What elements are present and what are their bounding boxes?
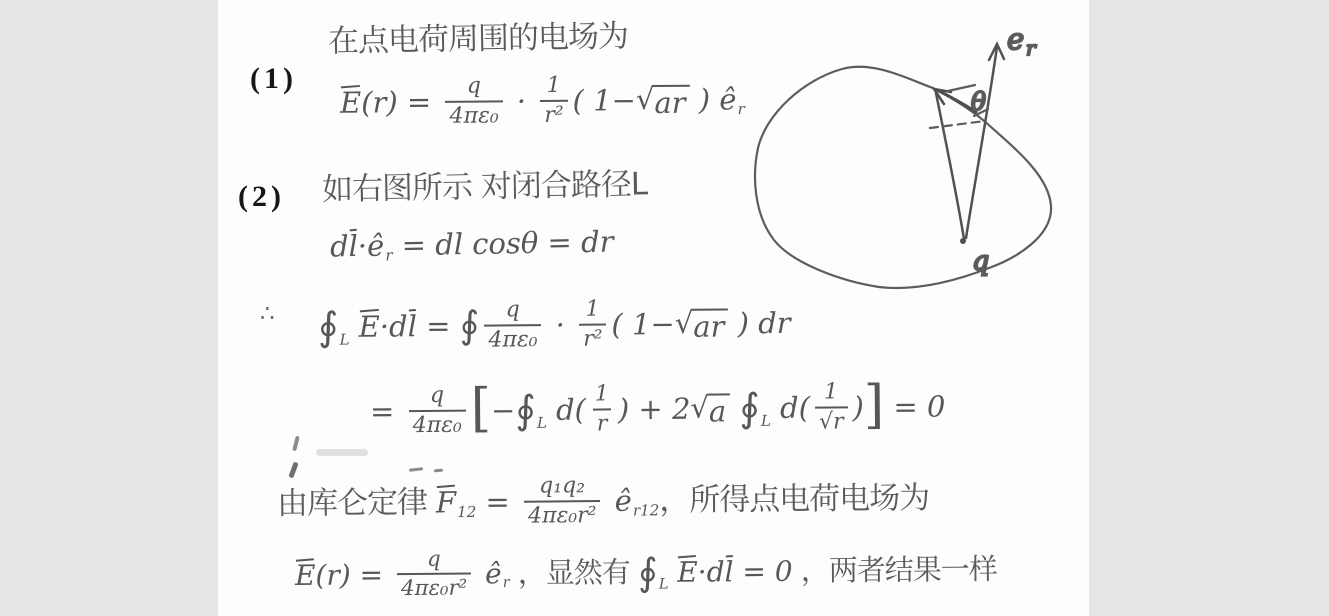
closed-loop-diagram: θ q e r (740, 15, 1080, 310)
fraction: q4πε₀ (445, 74, 503, 129)
subscript: r (385, 247, 393, 264)
math-text: (1) (250, 62, 297, 96)
math-text: ·d (698, 556, 725, 588)
fraction: 1r² (540, 74, 568, 129)
denominator: 4πε₀r² (397, 573, 471, 601)
numerator: 1 (591, 382, 613, 408)
fraction: 1r (591, 382, 614, 437)
math-text: ∴ (260, 302, 278, 328)
denominator: r² (579, 324, 607, 352)
math-text: d( (547, 394, 586, 427)
path-heading: 如右图所示 对闭合路径L (322, 167, 648, 207)
fraction: q4πε₀ (484, 298, 542, 353)
math-text: l (407, 310, 417, 343)
math-text: − (491, 394, 516, 427)
subscript: 12 (457, 504, 476, 521)
coulomb-law-line: 由库仑定律 F12 = q₁q₂4πε₀r² êr12，所得点电荷电场为 (277, 471, 930, 531)
eq-loop-integral: ∮L E·dl = ∮q4πε₀ · 1r²( 1−√ar ) dr (318, 296, 791, 355)
fraction: 1√r (815, 380, 848, 435)
math-text: l (724, 556, 733, 587)
subscript: L (339, 332, 349, 349)
loop-path (755, 67, 1051, 288)
base-symbol: ∮ (318, 308, 339, 347)
denominator: r (593, 409, 612, 437)
charge-dot (960, 238, 966, 244)
denominator: r² (540, 100, 568, 128)
eq-integral-expansion: = q4πε₀[−∮L d(1r) + 2√a ∮L d(1√r)] = 0 (370, 379, 946, 439)
denominator: √r (815, 407, 848, 436)
fraction: 1r² (579, 298, 607, 353)
math-text: (r) = (315, 559, 392, 591)
eraser-smear (316, 449, 368, 456)
base-symbol: F (436, 486, 456, 519)
numerator: q (426, 384, 448, 410)
numerator: q (463, 75, 485, 101)
math-text: · (507, 85, 535, 118)
subscript: L (659, 577, 669, 593)
therefore-symbol: ∴ (260, 302, 278, 328)
handwritten-notes-photo: (1)在点电荷周围的电场为E(r) = q4πε₀ · 1r²( 1−√ar )… (0, 0, 1329, 616)
subscript-group: F12 (436, 486, 477, 519)
math-text (605, 485, 615, 518)
math-text: E (340, 87, 361, 120)
subscript-group: ∮L (318, 307, 350, 346)
charge-label: q (972, 246, 989, 277)
math-text: E (295, 560, 316, 592)
chinese-text: 两者结果一样 (829, 553, 997, 587)
math-text: = dl cosθ = dr (392, 226, 614, 262)
numerator: q (423, 548, 445, 574)
math-text (349, 311, 359, 344)
subscript-group: ∮L (638, 553, 669, 591)
math-text: E (359, 311, 380, 344)
denominator: 4πε₀r² (524, 500, 601, 529)
base-symbol: ê (719, 83, 736, 116)
numerator: 1 (582, 298, 604, 324)
math-text: ) + 2 (618, 393, 691, 426)
base-symbol: ê (615, 485, 632, 518)
math-text: (r) = (361, 86, 441, 119)
math-text: [ (470, 385, 491, 432)
radicand: ar (652, 85, 689, 120)
sqrt-expression: √ar (675, 306, 729, 341)
numerator: q₁q₂ (535, 474, 589, 501)
er-vector-line (966, 47, 997, 238)
denominator: 4πε₀ (409, 410, 466, 439)
chinese-text: ， (659, 483, 689, 518)
math-text: l (348, 230, 358, 263)
base-symbol: ∮ (739, 389, 760, 428)
handwriting-layer: (1)在点电荷周围的电场为E(r) = q4πε₀ · 1r²( 1−√ar )… (0, 0, 1329, 616)
math-text: ( 1− (611, 308, 675, 341)
math-text: (2) (238, 180, 285, 214)
sqrt-expression: √ar (636, 83, 690, 118)
subscript-group: êr (485, 558, 510, 590)
math-text: ) (852, 391, 864, 424)
math-text: = (417, 310, 460, 343)
math-text: = 0 (884, 391, 945, 424)
fraction: q4πε₀r² (397, 548, 472, 601)
numerator: 1 (543, 74, 565, 100)
chinese-text: 显然有 (546, 556, 638, 589)
stray-tick (434, 469, 443, 473)
math-text: E (677, 556, 698, 588)
chinese-text: 在点电荷周围的电场为 (328, 19, 629, 59)
fraction: q₁q₂4πε₀r² (524, 474, 601, 529)
subscript-group: êr (367, 229, 393, 262)
subscript-group: ∮L (739, 389, 771, 428)
base-symbol: ∮ (638, 553, 658, 591)
math-text: ∮ (459, 307, 479, 345)
chinese-text: ， (509, 557, 546, 590)
math-text: d (330, 230, 349, 263)
er-label-r: r (1026, 36, 1037, 60)
math-text: = (476, 486, 519, 519)
subscript: r12 (633, 502, 660, 519)
er-label-e: e (1007, 22, 1024, 56)
base-symbol: ∮ (515, 391, 536, 430)
eq-projection: dl·êr = dl cosθ = dr (330, 226, 614, 263)
field-heading: 在点电荷周围的电场为 (328, 19, 629, 59)
radicand: a (707, 393, 731, 428)
radius-line (936, 93, 964, 239)
conclusion-line: E(r) = q4πε₀r² êr ，显然有 ∮L E·dl = 0 ，两者结果… (295, 543, 997, 602)
part-1-label: (1) (250, 62, 297, 96)
theta-label: θ (971, 87, 986, 116)
numerator: q (502, 298, 524, 324)
chinese-text: 如右图所示 对闭合路径L (322, 167, 648, 207)
math-text: ) dr (728, 307, 790, 340)
chinese-text: ， (792, 555, 829, 588)
math-text: ·d (380, 310, 408, 343)
math-text (476, 558, 485, 589)
base-symbol: ê (367, 230, 385, 263)
fraction: q4πε₀ (408, 384, 466, 439)
math-text: ] (864, 382, 885, 429)
subscript: L (537, 415, 547, 432)
radicand: ar (691, 308, 728, 343)
subscript: r (503, 575, 510, 591)
sqrt-expression: √a (690, 391, 730, 426)
subscript: L (761, 413, 771, 430)
chinese-text: 所得点电荷电场为 (689, 481, 929, 518)
math-text (730, 392, 740, 425)
math-text: ( 1− (572, 84, 636, 117)
math-text: = (370, 395, 404, 428)
projection-dashed-line (930, 121, 985, 128)
math-text: ) (689, 83, 719, 116)
denominator: 4πε₀ (445, 101, 502, 130)
math-text: · (546, 309, 574, 342)
math-text: = 0 (733, 555, 792, 587)
math-text: d( (771, 392, 810, 425)
subscript-group: ∮L (515, 391, 547, 430)
numerator: 1 (820, 380, 842, 406)
eq-field-expression: E(r) = q4πε₀ · 1r²( 1−√ar ) êr (340, 72, 745, 130)
subscript-group: êr12 (615, 485, 660, 518)
chinese-text: 由库仑定律 (277, 485, 436, 521)
base-symbol: ê (485, 558, 502, 590)
part-2-label: (2) (238, 180, 285, 214)
denominator: 4πε₀ (484, 324, 541, 353)
